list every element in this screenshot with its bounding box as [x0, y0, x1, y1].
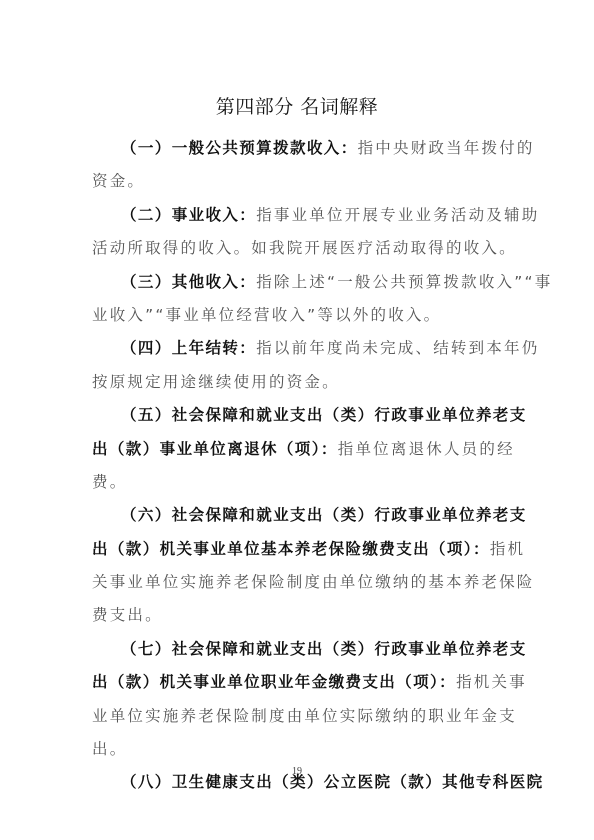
term-definition: 指事业单位开展专业业务活动及辅助 [256, 206, 539, 224]
term-definition: 按原规定用途继续使用的资金。 [92, 373, 340, 391]
term-label: （五）社会保障和就业支出（类）行政事业单位养老支 [121, 406, 527, 424]
term-definition: 业收入”“事业单位经营收入”等以外的收入。 [92, 306, 441, 324]
page-title: 第四部分 名词解释 [0, 92, 594, 119]
term-label: （六）社会保障和就业支出（类）行政事业单位养老支 [121, 506, 527, 524]
text-line: 关事业单位实施养老保险制度由单位缴纳的基本养老保险 [92, 566, 504, 599]
term-definition: 指机关事 [456, 673, 527, 691]
term-definition: 指单位离退休人员的经 [338, 440, 515, 458]
term-definition: 指以前年度尚未完成、结转到本年仍 [256, 339, 539, 357]
text-line: 活动所取得的收入。如我院开展医疗活动取得的收入。 [92, 232, 504, 265]
text-line: 出（款）机关事业单位基本养老保险缴费支出（项）：指机 [92, 533, 504, 566]
term-label: （四）上年结转： [121, 339, 256, 357]
term-definition: 指除上述“一般公共预算拨款收入”“事 [256, 273, 552, 291]
term-definition: 费支出。 [92, 606, 163, 624]
text-line: （二）事业收入：指事业单位开展专业业务活动及辅助 [92, 199, 504, 232]
page-number: 19 [0, 766, 594, 777]
term-definition: 业单位实施养老保险制度由单位实际缴纳的职业年金支 [92, 707, 517, 725]
term-label: 出（款）事业单位离退休（项）： [92, 440, 338, 458]
text-line: 出。 [92, 733, 504, 766]
term-label: （七）社会保障和就业支出（类）行政事业单位养老支 [121, 640, 527, 658]
text-line: 按原规定用途继续使用的资金。 [92, 366, 504, 399]
term-label: （二）事业收入： [121, 206, 256, 224]
term-definition: 活动所取得的收入。如我院开展医疗活动取得的收入。 [92, 239, 517, 257]
text-line: （一）一般公共预算拨款收入：指中央财政当年拨付的 [92, 132, 504, 165]
text-line: （三）其他收入：指除上述“一般公共预算拨款收入”“事 [92, 266, 504, 299]
text-line: 费支出。 [92, 599, 504, 632]
definitions-body: （一）一般公共预算拨款收入：指中央财政当年拨付的 资金。 （二）事业收入：指事业… [92, 132, 504, 800]
term-definition: 费。 [92, 473, 127, 491]
term-definition: 关事业单位实施养老保险制度由单位缴纳的基本养老保险 [92, 573, 535, 591]
term-definition: 指机 [490, 540, 525, 558]
text-line: （五）社会保障和就业支出（类）行政事业单位养老支 [92, 399, 504, 432]
term-label: 出（款）机关事业单位基本养老保险缴费支出（项）： [92, 540, 490, 558]
text-line: 出（款）机关事业单位职业年金缴费支出（项）：指机关事 [92, 666, 504, 699]
text-line: （四）上年结转：指以前年度尚未完成、结转到本年仍 [92, 332, 504, 365]
document-page: 第四部分 名词解释 （一）一般公共预算拨款收入：指中央财政当年拨付的 资金。 （… [0, 0, 594, 840]
term-label: （三）其他收入： [121, 273, 256, 291]
term-definition: 出。 [92, 740, 127, 758]
text-line: 业单位实施养老保险制度由单位实际缴纳的职业年金支 [92, 700, 504, 733]
text-line: （七）社会保障和就业支出（类）行政事业单位养老支 [92, 633, 504, 666]
term-label: （一）一般公共预算拨款收入： [121, 139, 358, 157]
text-line: 费。 [92, 466, 504, 499]
text-line: 资金。 [92, 165, 504, 198]
text-line: 业收入”“事业单位经营收入”等以外的收入。 [92, 299, 504, 332]
text-line: 出（款）事业单位离退休（项）：指单位离退休人员的经 [92, 433, 504, 466]
term-definition: 指中央财政当年拨付的 [358, 139, 535, 157]
text-line: （六）社会保障和就业支出（类）行政事业单位养老支 [92, 499, 504, 532]
term-definition: 资金。 [92, 172, 145, 190]
term-label: 出（款）机关事业单位职业年金缴费支出（项）： [92, 673, 456, 691]
